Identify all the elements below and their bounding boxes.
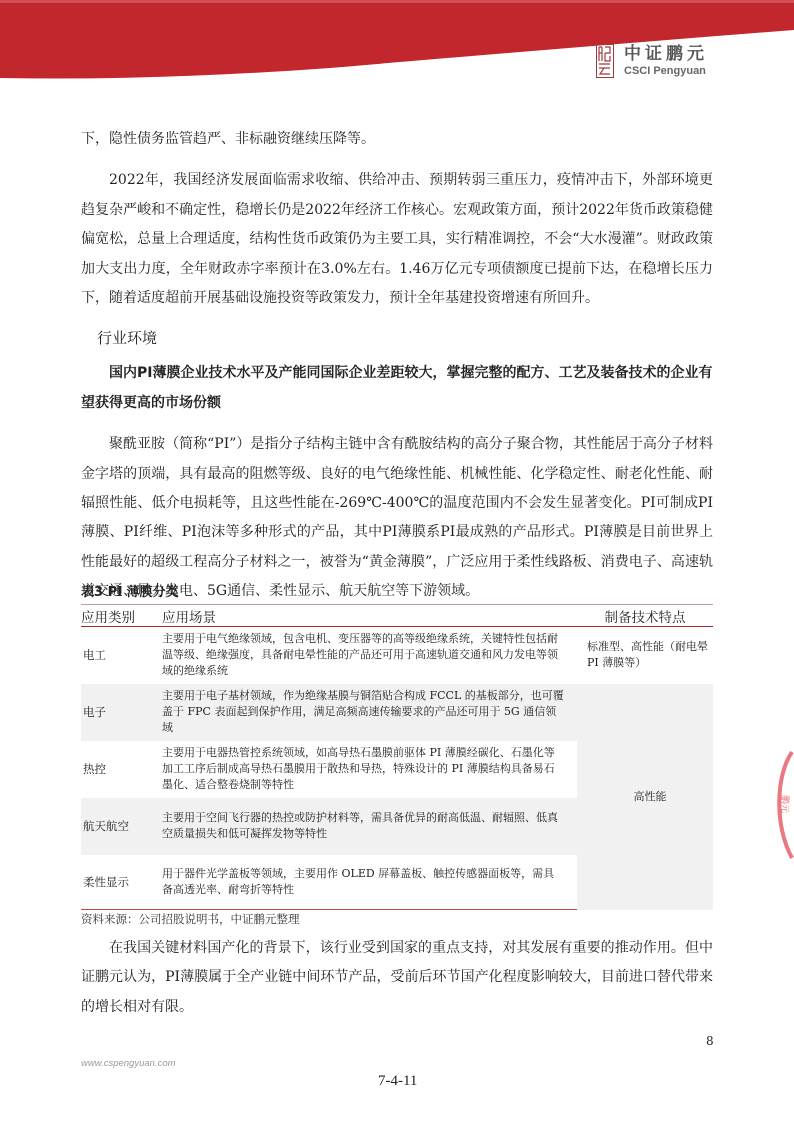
cell-scene: 主要用于空间飞行器的热控或防护材料等，需具备优异的耐高低温、耐辐照、低真空质量损…: [150, 798, 577, 855]
table-title: 表3 PI 薄膜分类: [81, 581, 178, 600]
red-stamp-fragment-icon: 鹏元: [770, 750, 794, 860]
header-category: 应用类别: [81, 605, 150, 627]
main-content: 下，隐性债务监管趋严、非标融资继续压降等。 2022年，我国经济发展面临需求收缩…: [81, 125, 713, 607]
document-code: 7-4-11: [378, 1073, 417, 1090]
paragraph-localization: 在我国关键材料国产化的背景下，该行业受到国家的重点支持，对其发展有重要的推动作用…: [81, 934, 713, 1022]
cell-scene: 主要用于电器热管控系统领域，如高导热石墨膜前驱体 PI 薄膜经碳化、石墨化等加工…: [150, 741, 577, 798]
cell-category: 柔性显示: [81, 855, 150, 910]
cell-scene: 用于器件光学盖板等领域，主要用作 OLED 屏幕盖板、触控传感器面板等，需具备高…: [150, 855, 577, 910]
cell-scene: 主要用于电气绝缘领域，包含电机、变压器等的高等级绝缘系统，关键特性包括耐温等级、…: [150, 627, 577, 684]
cell-category: 电子: [81, 684, 150, 741]
cell-tech: 标准型、高性能（耐电晕 PI 薄膜等）: [577, 627, 713, 684]
cell-category: 电工: [81, 627, 150, 684]
table-source-note: 资料来源：公司招股说明书，中证鹏元整理: [81, 911, 300, 927]
logo-chinese-name: 中证鹏元: [624, 45, 708, 64]
svg-text:鹏元: 鹏元: [779, 795, 791, 813]
header-scene: 应用场景: [150, 605, 577, 627]
table-row: 电工 主要用于电气绝缘领域，包含电机、变压器等的高等级绝缘系统，关键特性包括耐温…: [81, 627, 713, 684]
section-title: 行业环境: [97, 327, 713, 349]
pi-film-table: 应用类别 应用场景 制备技术特点 电工 主要用于电气绝缘领域，包含电机、变压器等…: [81, 604, 713, 910]
table-row: 电子 主要用于电子基材领域，作为绝缘基膜与铜箔贴合构成 FCCL 的基板部分，也…: [81, 684, 713, 741]
paragraph-continuation: 下，隐性债务监管趋严、非标融资继续压降等。: [81, 125, 713, 154]
logo-english-name: CSCI Pengyuan: [624, 65, 708, 78]
closing-section: 在我国关键材料国产化的背景下，该行业受到国家的重点支持，对其发展有重要的推动作用…: [81, 934, 713, 1022]
seal-icon: [596, 44, 614, 78]
cell-tech-merged: 高性能: [577, 684, 713, 910]
website-link[interactable]: www.cspengyuan.com: [81, 1058, 176, 1069]
cell-category: 热控: [81, 741, 150, 798]
cell-scene: 主要用于电子基材领域，作为绝缘基膜与铜箔贴合构成 FCCL 的基板部分，也可覆盖…: [150, 684, 577, 741]
cell-category: 航天航空: [81, 798, 150, 855]
paragraph-macro-outlook: 2022年，我国经济发展面临需求收缩、供给冲击、预期转弱三重压力，疫情冲击下，外…: [81, 166, 713, 313]
table-header-row: 应用类别 应用场景 制备技术特点: [81, 605, 713, 627]
bold-heading: 国内PI薄膜企业技术水平及产能同国际企业差距较大，掌握完整的配方、工艺及装备技术…: [81, 359, 713, 418]
page-number: 8: [706, 1034, 714, 1048]
company-logo: 中证鹏元 CSCI Pengyuan: [596, 44, 708, 78]
header-tech: 制备技术特点: [577, 605, 713, 627]
